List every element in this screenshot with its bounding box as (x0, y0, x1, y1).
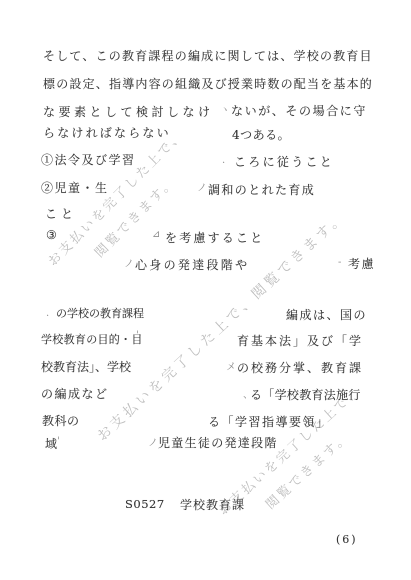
text-line: ないが、その場合に守 (231, 102, 367, 119)
faint-text-fragment: . (46, 308, 49, 319)
text-line: 調和のとれた育成 (208, 181, 315, 198)
faint-text-fragment: ' (57, 436, 60, 447)
page-number: (6) (336, 533, 358, 546)
faint-text-fragment: ⊿ (152, 229, 160, 240)
text-line: こと (45, 205, 77, 222)
text-line: 児童生徒の発達段階 (158, 434, 278, 451)
faint-text-fragment: ノ (148, 434, 158, 449)
text-line: 標の設定、指導内容の組織及び授業時数の配当を基本的 (43, 75, 373, 92)
text-line: 教科の (42, 412, 80, 429)
text-line: 校教育法」、学校 (41, 358, 131, 375)
faint-text-fragment: - (338, 257, 341, 268)
document-page: お支払いを完了した上で、閲覧できます。お支払いを完了した上で、閲覧できます。お支… (0, 0, 411, 580)
faint-text-fragment: . (222, 155, 225, 166)
text-line: ①法令及び学習 (41, 151, 136, 168)
text-line: 編成は、国の (286, 306, 367, 323)
faint-text-fragment: ' (136, 330, 139, 341)
text-line: 学校教育の目的・目 (41, 331, 143, 347)
text-line: らなければならない (43, 124, 171, 141)
payment-watermark-text: お支払いを完了した上で、 (41, 123, 191, 273)
text-line: 域 (45, 435, 57, 452)
text-line: の編成など (41, 385, 109, 402)
faint-text-fragment: 、 (243, 386, 253, 401)
text-line: ②児童・生 (41, 179, 109, 196)
faint-text-fragment: ヽ (220, 101, 230, 116)
footer-course-title: 学校教育課 (180, 496, 245, 513)
text-line: ③ (46, 228, 57, 242)
text-line: ころに従うこと (234, 153, 334, 170)
text-line: な要素として検討しなけ (43, 103, 214, 120)
text-line: る「学校教育法施行 (250, 386, 361, 403)
faint-text-fragment: ノ (124, 255, 134, 270)
text-line: 育基本法」及び「学 (237, 332, 363, 349)
text-line: の学校の教育課程 (56, 305, 144, 321)
text-line: る「学習指導要領」 (208, 413, 330, 430)
footer-course-code: S0527 (125, 497, 165, 511)
faint-text-fragment: ノ (197, 179, 207, 194)
text-line: 考慮 (348, 255, 375, 272)
text-line: を考慮すること (165, 229, 264, 246)
payment-watermark: お支払いを完了した上で、閲覧できます。 (212, 379, 386, 543)
text-line: そして、この教育課程の編成に関しては、学校の教育目 (43, 47, 373, 64)
text-line: 心身の発達段階や (135, 256, 249, 273)
text-line: 4つある。 (232, 126, 290, 143)
faint-text-fragment: メ (226, 358, 236, 373)
text-line: の校務分掌、教育課 (237, 359, 363, 376)
